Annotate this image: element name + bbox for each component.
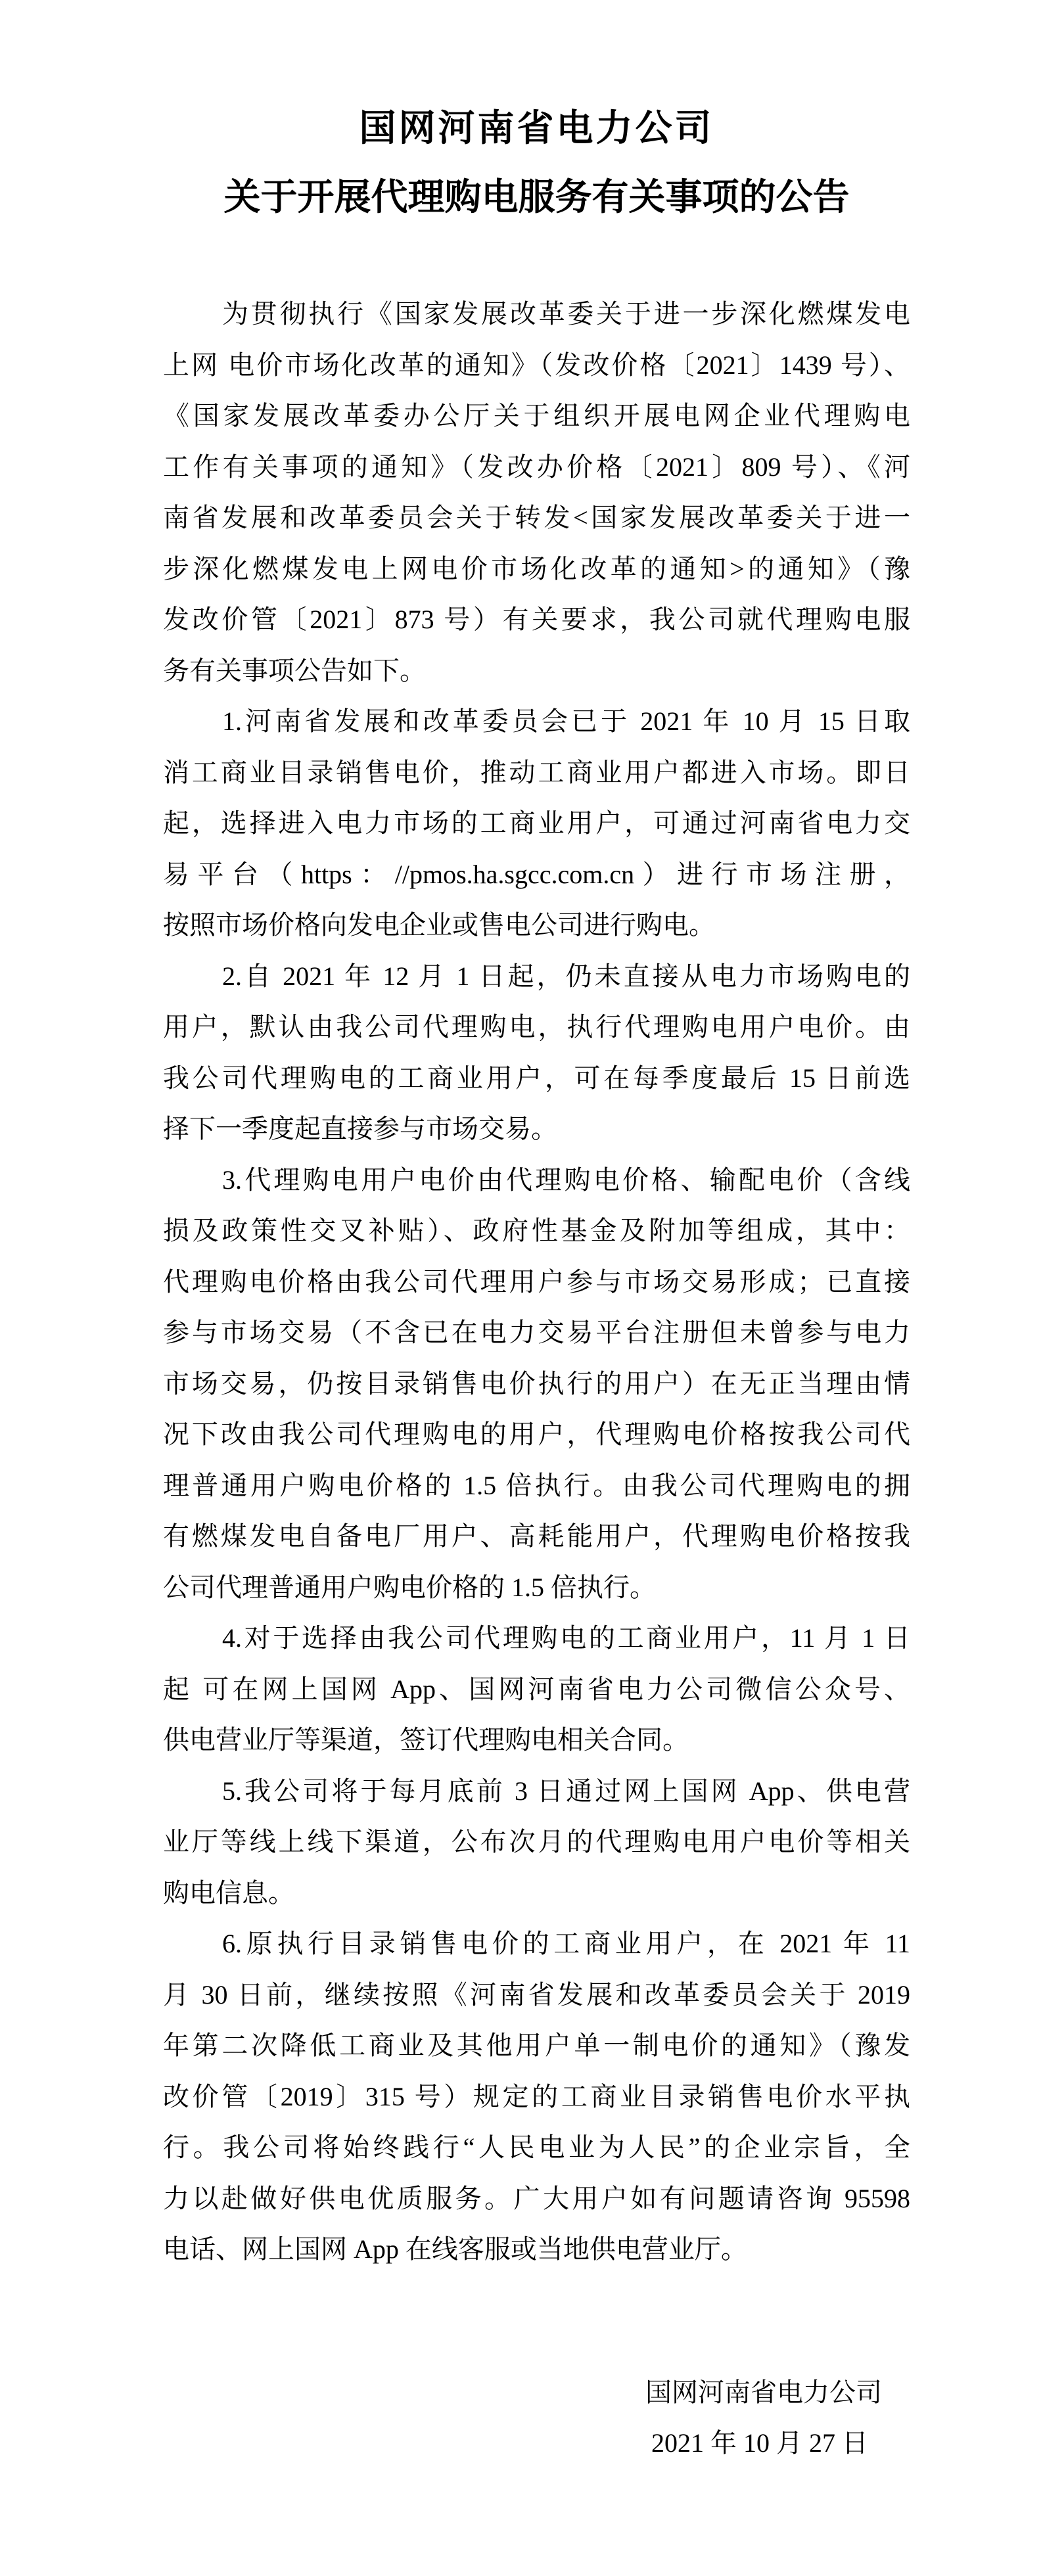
text-line: 购电信息。 [163, 1868, 910, 1919]
text-line: 6.原执行目录销售电价的工商业用户，在 2021 年 11 [163, 1918, 910, 1969]
text-line: 理普通用户购电价格的 1.5 倍执行。由我公司代理购电的拥 [163, 1460, 910, 1511]
paragraph: 1.河南省发展和改革委员会已于 2021 年 10 月 15 日取消工商业目录销… [163, 696, 910, 951]
paragraph: 3.代理购电用户电价由代理购电价格、输配电价（含线损及政策性交叉补贴）、政府性基… [163, 1155, 910, 1613]
text-line: 参与市场交易（不含已在电力交易平台注册但未曾参与电力 [163, 1307, 910, 1358]
paragraph: 5.我公司将于每月底前 3 日通过网上国网 App、供电营业厅等线上线下渠道，公… [163, 1766, 910, 1919]
text-line: 易平台（https：//pmos.ha.sgcc.com.cn）进行市场注册， [163, 849, 910, 900]
text-line: 务有关事项公告如下。 [163, 645, 910, 697]
document-title-line-1: 国网河南省电力公司 [163, 93, 910, 162]
document-title: 国网河南省电力公司 关于开展代理购电服务有关事项的公告 [163, 0, 910, 231]
document-title-line-2: 关于开展代理购电服务有关事项的公告 [163, 162, 910, 231]
document-body: 为贯彻执行《国家发展改革委关于进一步深化燃煤发电上网 电价市场化改革的通知》（发… [163, 288, 910, 2275]
text-line: 力以赴做好供电优质服务。广大用户如有问题请咨询 95598 [163, 2173, 910, 2224]
text-line: 电话、网上国网 App 在线客服或当地供电营业厅。 [163, 2224, 910, 2275]
text-line: 业厅等线上线下渠道，公布次月的代理购电用户电价等相关 [163, 1816, 910, 1868]
text-line: 我公司代理购电的工商业用户，可在每季度最后 15 日前选 [163, 1053, 910, 1104]
text-line: 代理购电价格由我公司代理用户参与市场交易形成；已直接 [163, 1256, 910, 1308]
text-line: 《国家发展改革委办公厅关于组织开展电网企业代理购电 [163, 390, 910, 442]
text-line: 有燃煤发电自备电厂用户、高耗能用户，代理购电价格按我 [163, 1511, 910, 1562]
paragraph: 4.对于选择由我公司代理购电的工商业用户，11 月 1 日起 可在网上国网 Ap… [163, 1613, 910, 1766]
signature-date: 2021 年 10 月 27 日 [163, 2418, 910, 2469]
document-page: 国网河南省电力公司 关于开展代理购电服务有关事项的公告 为贯彻执行《国家发展改革… [0, 0, 1043, 2576]
text-line: 发改价管〔2021〕873 号）有关要求，我公司就代理购电服 [163, 594, 910, 645]
text-line: 行。我公司将始终践行“人民电业为人民”的企业宗旨，全 [163, 2122, 910, 2173]
text-line: 择下一季度起直接参与市场交易。 [163, 1103, 910, 1155]
text-line: 况下改由我公司代理购电的用户，代理购电价格按我公司代 [163, 1409, 910, 1460]
text-line: 消工商业目录销售电价，推动工商业用户都进入市场。即日 [163, 747, 910, 798]
signature-block: 国网河南省电力公司 2021 年 10 月 27 日 [163, 2367, 910, 2469]
paragraph: 为贯彻执行《国家发展改革委关于进一步深化燃煤发电上网 电价市场化改革的通知》（发… [163, 288, 910, 696]
text-line: 改价管〔2019〕315 号）规定的工商业目录销售电价水平执 [163, 2071, 910, 2123]
text-line: 市场交易，仍按目录销售电价执行的用户）在无正当理由情 [163, 1358, 910, 1410]
text-line: 起，选择进入电力市场的工商业用户，可通过河南省电力交 [163, 798, 910, 849]
text-line: 1.河南省发展和改革委员会已于 2021 年 10 月 15 日取 [163, 696, 910, 747]
text-line: 步深化燃煤发电上网电价市场化改革的通知>的通知》（豫 [163, 543, 910, 595]
text-line: 公司代理普通用户购电价格的 1.5 倍执行。 [163, 1562, 910, 1613]
text-line: 起 可在网上国网 App、国网河南省电力公司微信公众号、 [163, 1664, 910, 1715]
text-line: 工作有关事项的通知》（发改办价格〔2021〕809 号）、《河 [163, 442, 910, 493]
text-line: 按照市场价格向发电企业或售电公司进行购电。 [163, 900, 910, 951]
paragraph: 6.原执行目录销售电价的工商业用户，在 2021 年 11月 30 日前，继续按… [163, 1918, 910, 2275]
text-line: 供电营业厅等渠道，签订代理购电相关合同。 [163, 1714, 910, 1766]
text-line: 用户，默认由我公司代理购电，执行代理购电用户电价。由 [163, 1001, 910, 1053]
paragraph: 2.自 2021 年 12 月 1 日起，仍未直接从电力市场购电的用户，默认由我… [163, 951, 910, 1155]
text-line: 3.代理购电用户电价由代理购电价格、输配电价（含线 [163, 1155, 910, 1206]
text-line: 上网 电价市场化改革的通知》（发改价格〔2021〕1439 号）、 [163, 340, 910, 391]
text-line: 5.我公司将于每月底前 3 日通过网上国网 App、供电营 [163, 1766, 910, 1817]
text-line: 2.自 2021 年 12 月 1 日起，仍未直接从电力市场购电的 [163, 951, 910, 1002]
text-line: 年第二次降低工商业及其他用户单一制电价的通知》（豫发 [163, 2020, 910, 2071]
text-line: 南省发展和改革委员会关于转发<国家发展改革委关于进一 [163, 492, 910, 543]
document-content: 国网河南省电力公司 关于开展代理购电服务有关事项的公告 为贯彻执行《国家发展改革… [163, 0, 910, 2469]
signature-company: 国网河南省电力公司 [163, 2367, 910, 2418]
text-line: 月 30 日前，继续按照《河南省发展和改革委员会关于 2019 [163, 1969, 910, 2021]
text-line: 损及政策性交叉补贴）、政府性基金及附加等组成，其中： [163, 1205, 910, 1256]
text-line: 4.对于选择由我公司代理购电的工商业用户，11 月 1 日 [163, 1613, 910, 1664]
text-line: 为贯彻执行《国家发展改革委关于进一步深化燃煤发电 [163, 288, 910, 340]
